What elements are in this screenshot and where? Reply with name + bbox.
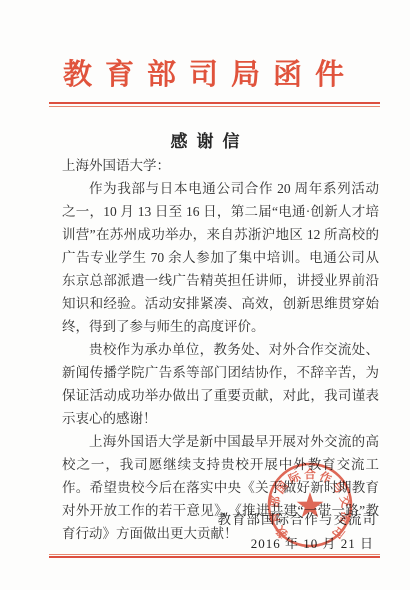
signature-date: 2016 年 10 月 21 日 [251,533,374,552]
letter-body: 上海外国语大学： 作为我部与日本电通公司合作 20 周年系列活动之一，10 月 … [62,154,379,545]
signature-department: 教育部国际合作与交流司 [218,508,378,528]
letter-page: 教育部司局函件 感谢信 上海外国语大学： 作为我部与日本电通公司合作 20 周年… [0,0,410,590]
body-paragraph-2: 贵校作为承办单位，教务处、对外合作交流处、新闻传播学院广告系等部门团结协作，不辞… [62,338,379,430]
body-paragraph-1: 作为我部与日本电通公司合作 20 周年系列活动之一，10 月 13 日至 16 … [62,177,379,338]
letterhead-title: 教育部司局函件 [0,52,410,93]
footer-rule [49,554,380,558]
letterhead-rule [49,102,380,107]
salutation: 上海外国语大学： [62,154,379,177]
letter-title: 感谢信 [0,127,410,152]
